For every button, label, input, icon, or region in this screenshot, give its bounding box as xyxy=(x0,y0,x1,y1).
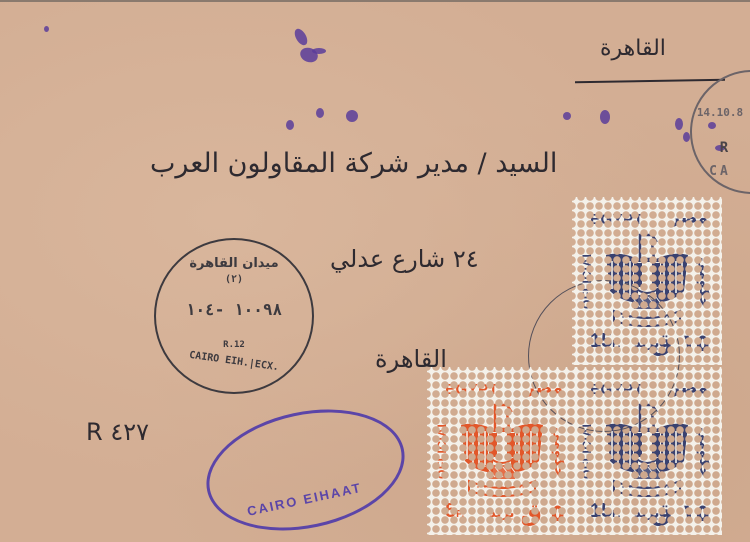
ink-smudge xyxy=(675,118,683,130)
ink-smudge xyxy=(44,26,49,32)
registration-number: R ٤٢٧ xyxy=(86,418,149,446)
stamp-15p-upper: EGYPT مصر OFFICIAL حكومي 15P. بريد ١٥ ق xyxy=(572,197,722,365)
stamp-official-label: OFFICIAL xyxy=(580,420,594,479)
eagle-of-saladin-icon xyxy=(455,401,549,501)
envelope-top-edge xyxy=(0,0,750,2)
ink-smudge xyxy=(563,112,571,120)
address-line-street: ٢٤ شارع عدلي xyxy=(330,245,479,273)
address-line-recipient: السيد / مدير شركة المقاولون العرب xyxy=(150,148,557,179)
handwritten-city-top: القاهرة xyxy=(600,36,666,61)
stamp-value: 15P. xyxy=(590,500,620,523)
stamp-value-arabic: ١٥ ق xyxy=(651,329,710,357)
stamp-post-label-arabic: بريد xyxy=(489,506,514,521)
stamp-country-label-arabic: مصر xyxy=(525,378,563,398)
stamp-official-label-arabic: حكومي xyxy=(696,257,712,307)
ink-smudge xyxy=(683,132,690,142)
stamp-country-label: EGYPT xyxy=(445,381,498,398)
stamp-country-label-arabic: مصر xyxy=(670,208,708,228)
stamp-value-arabic: ٥ ق xyxy=(521,499,565,527)
ink-smudge xyxy=(312,48,326,54)
eagle-of-saladin-icon xyxy=(600,231,694,331)
stamp-official-label: OFFICIAL xyxy=(580,250,594,309)
stamp-country-label: EGYPT xyxy=(590,211,643,228)
stamp-5p: EGYPT مصر OFFICIAL حكومي 5P. بريد ٥ ق xyxy=(427,367,577,535)
stamp-official-label-arabic: حكومي xyxy=(696,427,712,477)
stamp-official-label-arabic: حكومي xyxy=(551,427,567,477)
ink-smudge xyxy=(346,110,358,122)
ink-smudge xyxy=(286,120,294,130)
stamp-value-arabic: ١٥ ق xyxy=(651,499,710,527)
ink-smudge xyxy=(292,27,310,48)
ink-smudge xyxy=(316,108,324,118)
stamp-official-label: OFFICIAL xyxy=(435,420,449,479)
eagle-of-saladin-icon xyxy=(600,401,694,501)
stamp-15p-lower: EGYPT مصر OFFICIAL حكومي 15P. بريد ١٥ ق xyxy=(572,367,722,535)
stamp-country-label-arabic: مصر xyxy=(670,378,708,398)
envelope: القاهرة 14.10.8 R CA السيد / مدير شركة ا… xyxy=(0,0,750,542)
underline-stroke xyxy=(575,79,725,84)
postmark-partial-top-right: 14.10.8 R CA xyxy=(690,70,750,194)
stamp-value: 15P. xyxy=(590,330,620,353)
ink-smudge xyxy=(600,110,610,124)
stamp-value: 5P. xyxy=(445,500,464,523)
stamp-country-label: EGYPT xyxy=(590,381,643,398)
oval-cachet: CAIRO EIHAAT xyxy=(195,392,416,542)
postmark-cairo: ميدان القاهرة (٢) ١٠٠٩٨ -١٠٤ R.12 CAIRO … xyxy=(154,238,314,394)
